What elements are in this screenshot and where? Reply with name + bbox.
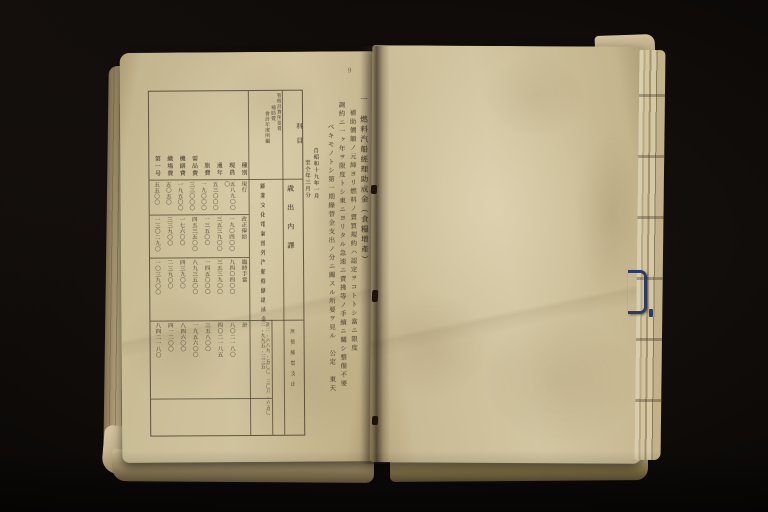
table-cell: 三五三九〇〇 (215, 259, 221, 294)
table-corner-header: 科目 (282, 97, 303, 177)
date-range: 自昭和十九年一月 至仝年三月分 (303, 148, 317, 200)
table-cell: 一三〇二九〇 (153, 217, 159, 252)
table-column-header: 通年 (214, 163, 220, 178)
table-cell: 五〇五〇 (164, 182, 170, 206)
table-cell: 四五三五〇〇 (190, 216, 196, 251)
table-cell: 一〇三九〇〇 (153, 260, 159, 295)
date-to: 至仝年三月分 (303, 160, 309, 200)
table-header-note: 管理計算所要費 (276, 93, 282, 177)
table-cell: 一三五〇〇 (203, 216, 209, 246)
table-cell: 一四五〇〇〇 (203, 259, 209, 294)
expenditure-table: 科目 歳出内譯 所管繰替支出 管理計算所要費補助費會計年度所屬 鑛業文化電氣部外… (148, 90, 305, 437)
table-cell: 四三九〇〇 (178, 259, 184, 289)
table-column-header: 需品費 (190, 155, 196, 177)
table-item-name: 鑛業文化電氣部外汽船修繕助成金 (258, 183, 265, 326)
table-header-note: 補助費 (270, 105, 276, 177)
table-column-header: 第一号 (153, 156, 159, 178)
table-cell: 五五〇〇 (153, 182, 159, 206)
table-cell: 三三〇〇〇 (188, 181, 194, 211)
table-cell: 五八九〇〇〇 (223, 181, 234, 213)
table-cell: 五三〇〇〇 (211, 181, 217, 211)
table-cell: 現行 (240, 181, 246, 193)
left-page: 9 科目 歳出内譯 所管繰替支出 管理計算所要費補助費會計年度所屬 鑛業文化電氣… (120, 51, 377, 463)
binding-stitch (372, 416, 378, 425)
table-cell: 一九〇〇〇 (199, 181, 205, 211)
table-cell: 一九〇四〇〇 (227, 216, 233, 251)
page-number-mark: 9 (348, 67, 352, 74)
table-row-band-1: 現行五八九〇〇〇五三〇〇〇一九〇〇〇三三〇〇〇一九五〇〇五〇五〇五五〇〇 (149, 181, 248, 214)
table-column-header: 機繕費 (177, 156, 183, 178)
table-row-band-4: 計八〇二一八〇四〇二一八五三五八〇〇一九五六〇〇八四六〇〇四一二〇〇八四二一八〇 (150, 322, 250, 397)
table-totals-line: 計二,六八九,五〇〇 三〇八,六五〇 二,九九五,三三五 (251, 322, 270, 428)
table-row-band-3: 臨時手當九四〇四〇〇三五三九〇〇一四五〇〇〇八九三五〇〇四三九〇〇二三九〇〇一〇… (150, 259, 249, 319)
table-cell: 九四〇四〇〇 (228, 259, 234, 294)
table-column-header: 現員 (227, 162, 233, 177)
table-cell: 八〇二一八〇 (228, 322, 234, 357)
photo-background: 9 科目 歳出内譯 所管繰替支出 管理計算所要費補助費會計年度所屬 鑛業文化電氣… (0, 0, 768, 512)
date-from: 自昭和十九年一月 (312, 148, 318, 200)
table-cell: 計 (241, 322, 247, 328)
body-column-2: 調約ニ一ヶ年ヲ限度トシ東ニヨリタル急速ニ賣拂等ノ手續ニ關シ整備不要 (338, 101, 347, 388)
right-page-blank (370, 45, 645, 464)
table-cell: 八四六〇〇 (179, 322, 185, 352)
section-heading: 一 燃料汽船經理助成金（食糧增產） (360, 95, 369, 265)
table-column-headers: 種別現員通年旅費需品費機繕費織塲費第一号 (149, 119, 248, 178)
table-cell: 一九五六〇〇 (191, 322, 197, 357)
table-cell: 三三九〇〇 (166, 217, 172, 247)
table-cell: 四〇二一八五 (216, 322, 222, 357)
table-cell: 二三九〇〇 (166, 260, 172, 290)
table-cell: 一七六〇〇 (178, 216, 184, 246)
paper-texture (370, 45, 645, 464)
table-column-header: 織塲費 (165, 156, 171, 178)
table-footer-label: 所管繰替支出 (289, 329, 295, 392)
table-cell: 一九五〇〇 (176, 181, 182, 211)
table-cell: 改正俸給 (240, 216, 246, 240)
table-cell: 八九三五〇〇 (191, 259, 197, 294)
table-cell: 八四二一八〇 (154, 323, 160, 358)
clip-fragment (649, 309, 653, 317)
table-section-title: 歳出内譯 (286, 185, 294, 261)
binding-stitch (371, 185, 377, 194)
table-cell: 臨時手當 (240, 259, 246, 283)
table-cell: 三五八〇〇 (203, 322, 209, 352)
page-edge-stack (634, 50, 665, 460)
table-column-header: 種別 (239, 162, 245, 177)
body-column-1: 補助價額ノ元締ヨリ燃料ノ賣買規約ハ認定ヲコトトシ當ニ限度 (349, 109, 357, 353)
table-cell: 四一二〇〇 (166, 323, 172, 353)
table-row-band-2: 改正俸給一九〇四〇〇三五三九〇〇一三五〇〇四五三五〇〇一七六〇〇三三九〇〇一三〇… (150, 216, 249, 257)
table-header-notes: 管理計算所要費補助費會計年度所屬 (248, 93, 282, 177)
binding-stitch (372, 290, 379, 302)
binder-clip (628, 270, 647, 314)
table-header-note: 會計年度所屬 (264, 111, 269, 177)
table-cell: 三五三九〇〇 (215, 216, 221, 251)
table-label-column: 科目 歳出内譯 所管繰替支出 (282, 91, 304, 435)
body-column-3: ベキモノトシ第一期繰替金支出ノ分ニ關スル所要ヲ見ル 公定 東天 (327, 123, 335, 393)
table-column-header: 旅費 (202, 163, 208, 178)
